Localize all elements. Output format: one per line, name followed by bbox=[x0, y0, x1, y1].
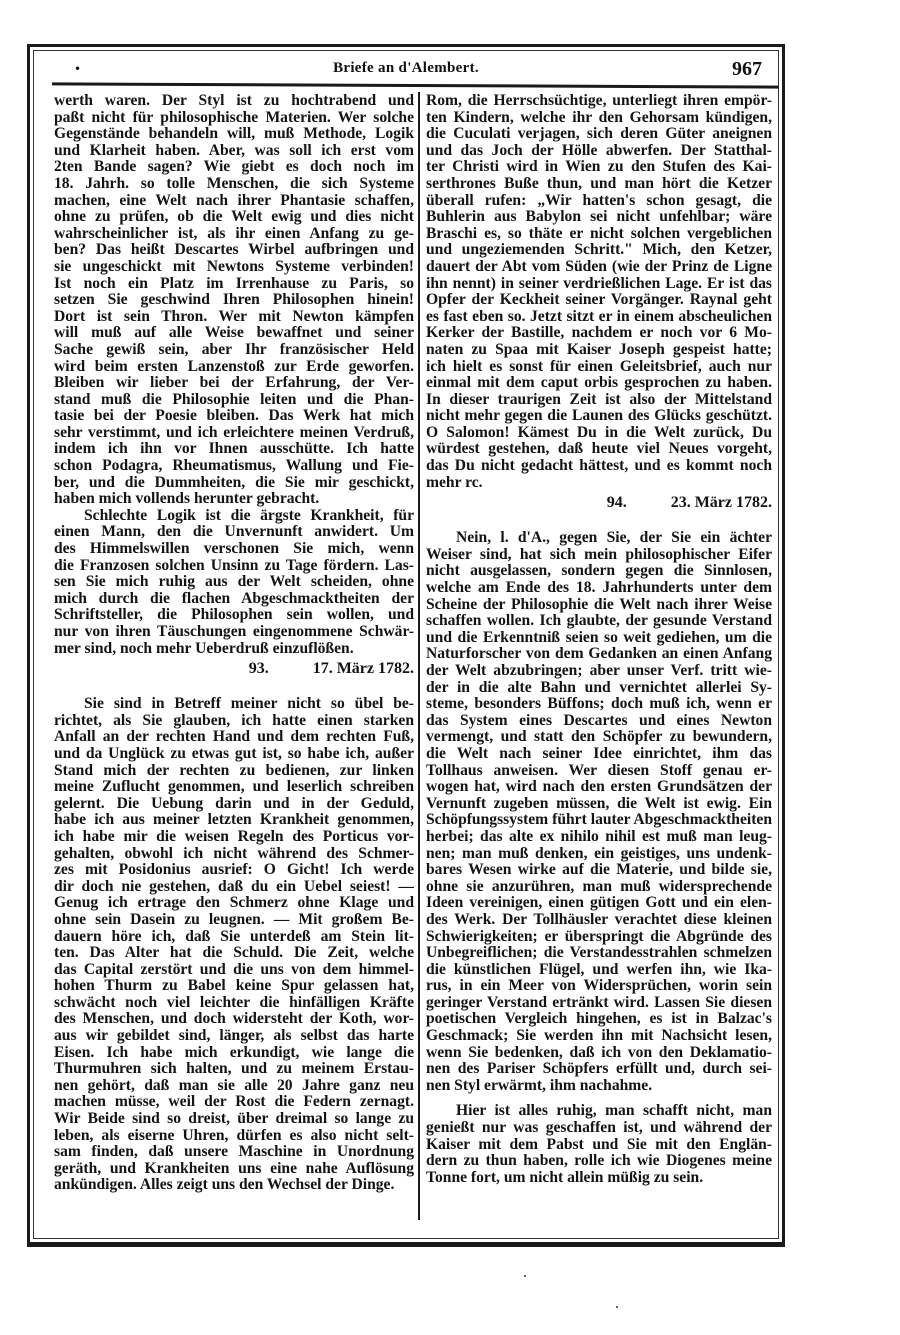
letter-94-body: Nein, l. d'A., gegen Sie, der Sie ein äc… bbox=[426, 530, 772, 1094]
text-line: vermengt, und statt den Schöpfer zu bewu… bbox=[426, 729, 772, 746]
text-line: mer sind, noch mehr Ueberdruß einzuflöße… bbox=[54, 641, 414, 658]
text-line: Buhlerin aus Babylon sei nicht unfehlbar… bbox=[426, 209, 772, 226]
text-line: Sache gewiß sein, aber Ihr französischer… bbox=[54, 342, 414, 359]
text-line: ohne sein Dasein zu leugnen. — Mit große… bbox=[54, 912, 414, 929]
text-line: Wir Beide sind so dreist, über dreimal s… bbox=[54, 1111, 414, 1128]
text-line: Tollhaus anweisen. Wer diesen Stoff gena… bbox=[426, 763, 772, 780]
text-line: würdest gestehen, daß heute viel Neues v… bbox=[426, 441, 772, 458]
text-line: ben? Das heißt Descartes Wirbel aufbring… bbox=[54, 242, 414, 259]
text-line: gelernt. Die Uebung darin und in der Ged… bbox=[54, 796, 414, 813]
text-line: schwächt noch viel leichter die hinfälli… bbox=[54, 995, 414, 1012]
text-line: indem ich ihn vor Ihnen ausschütte. Ich … bbox=[54, 441, 414, 458]
text-line: mehr rc. bbox=[426, 475, 772, 492]
text-line: die Franzosen solchen Unsinn zu Tage för… bbox=[54, 558, 414, 575]
text-line: Eisen. Ich habe mich erkundigt, wie lang… bbox=[54, 1045, 414, 1062]
text-line: die Welt nach seiner Idee einrichtet, ih… bbox=[426, 746, 772, 763]
text-line: Tonne fort, um nicht allein müßig zu sei… bbox=[426, 1170, 772, 1187]
text-line: welche am Ende des 18. Jahrhunderts unte… bbox=[426, 580, 772, 597]
left-paragraph-1: werth waren. Der Styl ist zu hochtrabend… bbox=[54, 93, 414, 508]
text-line: machen, eine Welt nach ihrer Phantasie s… bbox=[54, 193, 414, 210]
text-line: Rom, die Herrschsüchtige, unterliegt ihr… bbox=[426, 93, 772, 110]
text-line: ber, und die Dummheiten, die Sie mir ges… bbox=[54, 475, 414, 492]
text-line: der in die alte Bahn und vernichtet alle… bbox=[426, 680, 772, 697]
text-line: schaffen wollen. Ich glaubte, der gesund… bbox=[426, 613, 772, 630]
text-line: naten zu Spaa mit Kaiser Joseph gespeist… bbox=[426, 342, 772, 359]
text-line: Sie sind in Betreff meiner nicht so übel… bbox=[54, 696, 414, 713]
text-line: Naturforscher von dem Gedanken an einen … bbox=[426, 646, 772, 663]
text-line: Bleiben wir lieber bei der Erfahrung, de… bbox=[54, 375, 414, 392]
text-line: und ungeziemenden Schritt." Mich, den Ke… bbox=[426, 242, 772, 259]
letter-94-heading: 94. 23. März 1782. bbox=[426, 491, 772, 521]
letter-number: 93. bbox=[249, 661, 269, 678]
text-line: nicht mehr gegen die Launen des Glücks g… bbox=[426, 408, 772, 425]
text-line: Kaiser mit dem Pabst und Sie mit den Eng… bbox=[426, 1137, 772, 1154]
text-line: Scheine der Philosophie die Welt nach ih… bbox=[426, 597, 772, 614]
text-line: Gegenstände behandeln will, muß Methode,… bbox=[54, 126, 414, 143]
text-line: zes mit Posidonius ausrief: O Gicht! Ich… bbox=[54, 862, 414, 879]
text-line: sehr verstimmt, und ich erleichtere mein… bbox=[54, 425, 414, 442]
text-line: herbei; das alte ex nihilo nihil est muß… bbox=[426, 829, 772, 846]
text-line: meine Zuflucht genommen, und leserlich s… bbox=[54, 779, 414, 796]
text-line: Stand mich der rechten zu bedienen, zur … bbox=[54, 763, 414, 780]
text-line: nen gehört, daß man sie alle 20 Jahre ga… bbox=[54, 1078, 414, 1095]
text-line: wird beim ersten Lanzenstoß zur Erde gew… bbox=[54, 359, 414, 376]
text-line: steme, besonders Büffons; doch muß ich, … bbox=[426, 696, 772, 713]
letter-number: 94. bbox=[607, 495, 627, 512]
text-line: Ist noch ein Platz im Irrenhause zu Pari… bbox=[54, 276, 414, 293]
text-line: ten Kindern, welche ihr den Gehorsam kün… bbox=[426, 110, 772, 127]
text-line: und das Joch der Hölle abwerfen. Der Sta… bbox=[426, 143, 772, 160]
text-line: ohne zu prüfen, ob die Welt ewig und die… bbox=[54, 209, 414, 226]
text-line: das System eines Descartes und eines New… bbox=[426, 713, 772, 730]
text-line: ter Christi wird in Wien zu den Stufen d… bbox=[426, 159, 772, 176]
text-line: setzen Sie geschwind Ihren Philosophen h… bbox=[54, 292, 414, 309]
left-paragraph-2: Schlechte Logik ist die ärgste Krankheit… bbox=[54, 508, 414, 657]
text-line: ihn nennt) in seiner verdrießlichen Lage… bbox=[426, 276, 772, 293]
text-line: ten. Das Alter hat die Schuld. Die Zeit,… bbox=[54, 945, 414, 962]
text-line: richtet, als Sie glauben, ich hatte eine… bbox=[54, 713, 414, 730]
text-line: dauert der Abt vom Süden (wie der Prinz … bbox=[426, 259, 772, 276]
text-line: mich durch die flachen Abgeschmacktheite… bbox=[54, 591, 414, 608]
print-speck bbox=[524, 1275, 526, 1277]
text-line: machen müsse, weil der Rost die Federn z… bbox=[54, 1094, 414, 1111]
text-line: serthrones Buße thun, und man hört die K… bbox=[426, 176, 772, 193]
text-line: nen; man muß denken, ein geistiges, uns … bbox=[426, 846, 772, 863]
print-speck bbox=[616, 1306, 618, 1308]
letter-94-paragraph-2: Hier ist alles ruhig, man schafft nicht,… bbox=[426, 1103, 772, 1186]
text-line: und Klarheit haben. Aber, was soll ich e… bbox=[54, 143, 414, 160]
page-number: 967 bbox=[732, 58, 762, 81]
letter-93-body: Sie sind in Betreff meiner nicht so übel… bbox=[54, 696, 414, 1194]
text-line: dir doch nie gestehen, daß du ein Uebel … bbox=[54, 879, 414, 896]
running-title: Briefe an d'Alembert. bbox=[34, 60, 778, 77]
text-line: ohne sie anzurühren, man muß widersprech… bbox=[426, 879, 772, 896]
text-line: nen Styl erwärmt, ihm nachahme. bbox=[426, 1078, 772, 1095]
text-line: die Cuculati verjagen, sich deren Güter … bbox=[426, 126, 772, 143]
text-line: nur von ihren Täuschungen eingenommene S… bbox=[54, 624, 414, 641]
text-line: aus wir gebildet sind, länger, als selbs… bbox=[54, 1028, 414, 1045]
text-line: stand muß die Philosophie leiten und die… bbox=[54, 392, 414, 409]
text-line: Kerker der Bastille, nachdem er noch vor… bbox=[426, 325, 772, 342]
text-line: Opfer der Keckheit seiner Vorgänger. Ray… bbox=[426, 292, 772, 309]
text-line: geräth, und Krankheiten uns eine nahe Au… bbox=[54, 1161, 414, 1178]
text-line: nicht ausgelassen, sondern gegen die Sin… bbox=[426, 563, 772, 580]
column-divider bbox=[418, 92, 420, 1220]
text-line: 18. Jahrh. so tolle Menschen, die sich S… bbox=[54, 176, 414, 193]
right-paragraph-1: Rom, die Herrschsüchtige, unterliegt ihr… bbox=[426, 93, 772, 491]
text-line: und da Unglück zu etwas gut ist, so habe… bbox=[54, 746, 414, 763]
text-line: Geschmack; Sie werden ihn mit Nachsicht … bbox=[426, 1028, 772, 1045]
text-line: dauern höre ich, daß Sie unterdeß am Ste… bbox=[54, 929, 414, 946]
text-line: ankündigen. Alles zeigt uns den Wechsel … bbox=[54, 1177, 414, 1194]
text-line: genießt nur was geschaffen ist, und währ… bbox=[426, 1120, 772, 1137]
text-line: Braschi es, so thäte er nicht solchen ve… bbox=[426, 226, 772, 243]
running-head: • Briefe an d'Alembert. 967 bbox=[34, 50, 778, 84]
text-line: die künstlichen Flügel, und werfen ihn, … bbox=[426, 962, 772, 979]
text-line: 2ten Bande sagen? Wie giebt es doch noch… bbox=[54, 159, 414, 176]
text-line: Schöpfungssystem führt lauter Abgeschmac… bbox=[426, 812, 772, 829]
text-line: des Werk. Der Tollhäusler verachtet dies… bbox=[426, 912, 772, 929]
text-line: wenn Sie bedenken, daß ich von den Dekla… bbox=[426, 1045, 772, 1062]
text-line: paßt nicht für philosophische Materien. … bbox=[54, 110, 414, 127]
text-line: werth waren. Der Styl ist zu hochtrabend… bbox=[54, 93, 414, 110]
text-line: nen des Pariser Schöpfers erfüllt und, d… bbox=[426, 1061, 772, 1078]
text-line: In dieser traurigen Zeit ist also der Mi… bbox=[426, 392, 772, 409]
text-line: des Himmelswillen verschonen Sie mich, w… bbox=[54, 541, 414, 558]
letter-date: 23. März 1782. bbox=[671, 495, 772, 512]
text-line: wogen hat, wird nach den ersten Grundsät… bbox=[426, 779, 772, 796]
text-line: Ideen vereinigen, einen gütigen Gott und… bbox=[426, 895, 772, 912]
text-line: Dort ist sein Thron. Wer mit Newton kämp… bbox=[54, 309, 414, 326]
text-line: Weiser sind, hat sich mein philosophisch… bbox=[426, 547, 772, 564]
text-line: Vernunft zugeben müssen, die Welt ist ew… bbox=[426, 796, 772, 813]
letter-93-heading: 93. 17. März 1782. bbox=[54, 657, 414, 687]
left-column: werth waren. Der Styl ist zu hochtrabend… bbox=[54, 93, 414, 1194]
text-line: haben mich vollends herunter gebracht. bbox=[54, 491, 414, 508]
text-line: tasie bei der Poesie bleiben. Das Werk h… bbox=[54, 408, 414, 425]
text-line: einmal mit dem caput orbis gesprochen zu… bbox=[426, 375, 772, 392]
text-line: Hier ist alles ruhig, man schafft nicht,… bbox=[426, 1103, 772, 1120]
text-line: leben, als eiserne Uhren, dürfen es also… bbox=[54, 1128, 414, 1145]
text-line: rus, in ein Meer von Widersprüchen, wori… bbox=[426, 978, 772, 995]
text-line: das Du nicht gedacht hättest, und es kom… bbox=[426, 458, 772, 475]
text-line: ich habe mir die weisen Regeln des Porti… bbox=[54, 829, 414, 846]
text-line: dern zu thun haben, rolle ich wie Diogen… bbox=[426, 1153, 772, 1170]
text-line: gehalten, obwohl ich nicht während des S… bbox=[54, 846, 414, 863]
text-line: ich hielt es sonst für einen Geleitsbrie… bbox=[426, 359, 772, 376]
text-line: einen Mann, den die Unvernunft anwidert.… bbox=[54, 524, 414, 541]
text-line: Schwierigkeiten; er überspringt die Abgr… bbox=[426, 929, 772, 946]
text-line: sam finden, daß unsere Maschine in Unord… bbox=[54, 1144, 414, 1161]
text-line: sie ungeschickt mit Newtons Systeme verb… bbox=[54, 259, 414, 276]
text-line: habe ich aus meiner letzten Krankheit ge… bbox=[54, 812, 414, 829]
text-line: überall rufen: „Wir hatten's schon gesag… bbox=[426, 193, 772, 210]
text-line: O Salomon! Kämest Du in die Welt zurück,… bbox=[426, 425, 772, 442]
text-line: hohen Thurm zu Babel keine Spur gelassen… bbox=[54, 978, 414, 995]
text-line: will muß auf alle Weise bewaffnet und se… bbox=[54, 325, 414, 342]
text-line: Genug ich ertrage den Schmerz ohne Klage… bbox=[54, 895, 414, 912]
text-line: bares Wesen wirke auf die Materie, und b… bbox=[426, 862, 772, 879]
text-line: Unbegreiflichen; die Verstandesstrahlen … bbox=[426, 945, 772, 962]
right-column: Rom, die Herrschsüchtige, unterliegt ihr… bbox=[426, 93, 772, 1186]
text-line: poetischen Vergleich hingehen, es ist in… bbox=[426, 1011, 772, 1028]
text-line: der Welt abzubringen; aber unser Verf. t… bbox=[426, 663, 772, 680]
letter-date: 17. März 1782. bbox=[313, 661, 414, 678]
text-line: Nein, l. d'A., gegen Sie, der Sie ein äc… bbox=[426, 530, 772, 547]
text-line: Schriftsteller, die Philosophen sein wol… bbox=[54, 607, 414, 624]
text-line: Schlechte Logik ist die ärgste Krankheit… bbox=[54, 508, 414, 525]
text-line: schon Podagra, Rheumatismus, Wallung und… bbox=[54, 458, 414, 475]
text-line: das Capital zerstört und die uns von dem… bbox=[54, 962, 414, 979]
text-line: es fast eben so. Jetzt sitzt er in einem… bbox=[426, 309, 772, 326]
text-line: wahrscheinlicher ist, als ihr einen Anfa… bbox=[54, 226, 414, 243]
text-line: des Menschen, und doch widersteht der Ko… bbox=[54, 1011, 414, 1028]
text-line: geringer Verstand ertränkt wird. Lassen … bbox=[426, 995, 772, 1012]
text-line: Anfall an der rechten Hand und dem recht… bbox=[54, 729, 414, 746]
text-line: sen Sie mich ruhig aus der Welt scheiden… bbox=[54, 574, 414, 591]
text-line: und die Erkenntniß seien so weit gediehe… bbox=[426, 630, 772, 647]
text-line: Thurmuhren sich halten, und zu meinem Er… bbox=[54, 1061, 414, 1078]
